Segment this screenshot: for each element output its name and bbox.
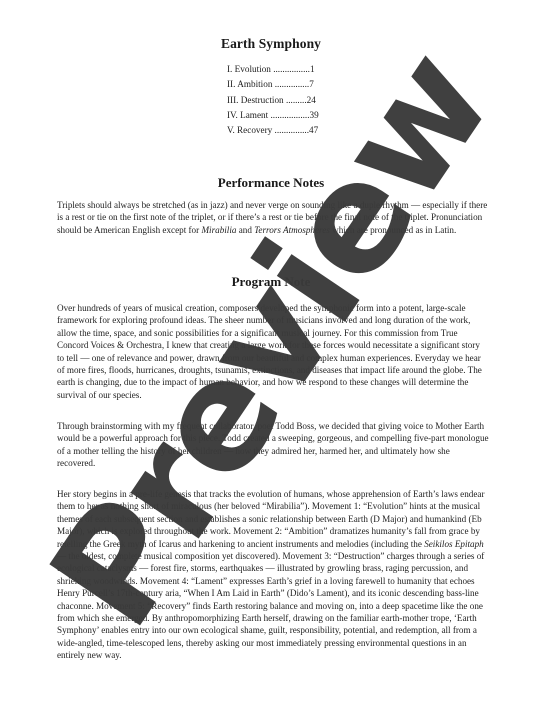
- text-run: and: [236, 225, 254, 235]
- toc-label: I. Evolution: [227, 64, 271, 74]
- toc-item: V. Recovery ...............47: [227, 123, 319, 138]
- table-of-contents: I. Evolution ................1 II. Ambit…: [227, 62, 319, 138]
- toc-page: 39: [310, 110, 319, 120]
- toc-label: II. Ambition: [227, 79, 272, 89]
- program-note-paragraph-2: Through brainstorming with my frequent c…: [57, 420, 489, 470]
- italic-title-seikilos: Seikilos Epitaph: [424, 539, 484, 549]
- program-note-paragraph-3: Her story begins in a pre-life genesis t…: [57, 488, 489, 662]
- italic-title-terrors: Terrors Atmospheres: [254, 225, 330, 235]
- toc-page: 1: [310, 64, 315, 74]
- program-note-paragraph-1: Over hundreds of years of musical creati…: [57, 302, 489, 401]
- toc-page: 47: [309, 125, 318, 135]
- toc-item: I. Evolution ................1: [227, 62, 319, 77]
- toc-leader: .................: [270, 110, 309, 120]
- text-run: — the oldest, complete musical compositi…: [57, 551, 484, 660]
- performance-notes-text: Triplets should always be stretched (as …: [57, 199, 489, 236]
- toc-label: III. Destruction: [227, 95, 284, 105]
- italic-title-mirabilia: Mirabilia: [201, 225, 236, 235]
- toc-leader: ...............: [275, 79, 309, 89]
- text-run: Her story begins in a pre-life genesis t…: [57, 489, 484, 549]
- toc-leader: ...............: [275, 125, 309, 135]
- toc-page: 24: [307, 95, 316, 105]
- toc-label: IV. Lament: [227, 110, 268, 120]
- toc-item: IV. Lament .................39: [227, 108, 319, 123]
- toc-item: II. Ambition ...............7: [227, 77, 319, 92]
- program-note-heading: Program Note: [0, 274, 542, 290]
- text-run: which are pronounced as in Latin.: [330, 225, 456, 235]
- document-page: Earth Symphony I. Evolution ............…: [0, 0, 542, 702]
- toc-leader: ................: [273, 64, 310, 74]
- toc-leader: .........: [286, 95, 307, 105]
- toc-page: 7: [309, 79, 314, 89]
- performance-notes-heading: Performance Notes: [0, 175, 542, 191]
- toc-label: V. Recovery: [227, 125, 272, 135]
- document-title: Earth Symphony: [0, 36, 542, 52]
- toc-item: III. Destruction .........24: [227, 93, 319, 108]
